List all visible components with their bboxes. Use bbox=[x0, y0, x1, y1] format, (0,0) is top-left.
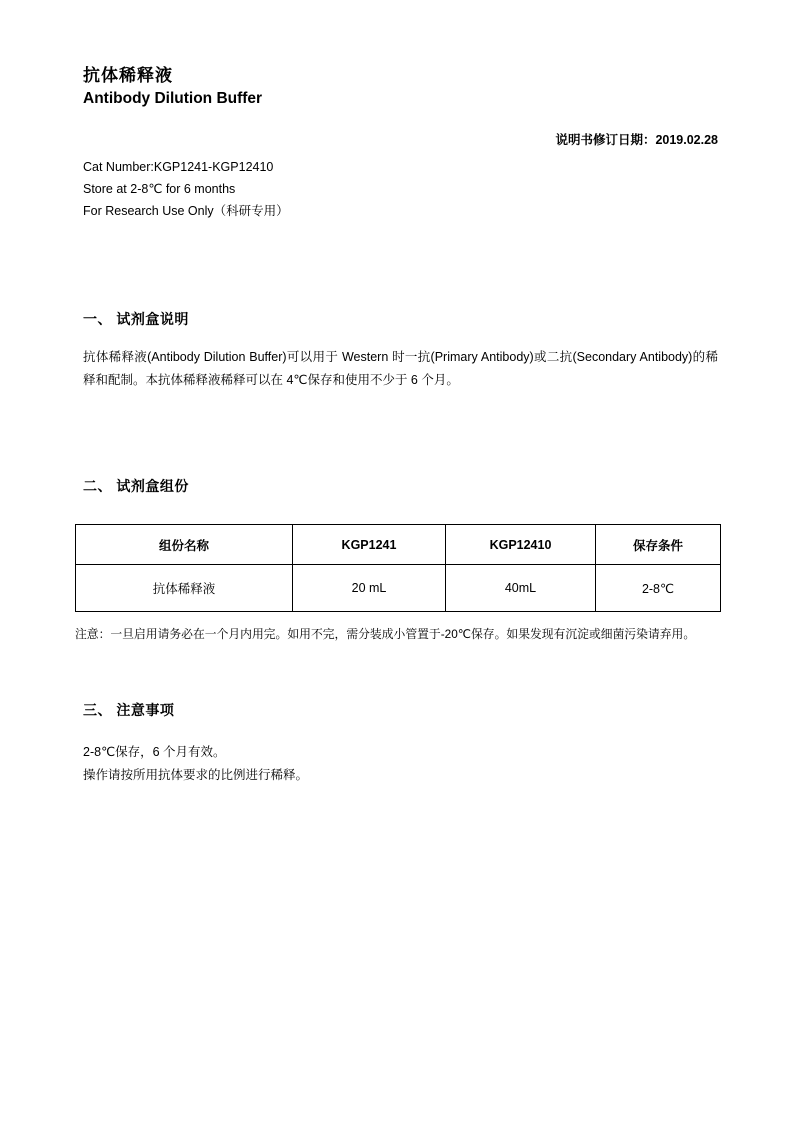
product-info-block: Cat Number:KGP1241-KGP12410 Store at 2-8… bbox=[83, 156, 718, 222]
table-header-kgp12410: KGP12410 bbox=[446, 525, 596, 565]
document-content: 抗体稀释液 Antibody Dilution Buffer 说明书修订日期：2… bbox=[83, 0, 718, 787]
document-title-chinese: 抗体稀释液 bbox=[83, 64, 718, 88]
table-row: 抗体稀释液 20 mL 40mL 2-8℃ bbox=[76, 565, 721, 612]
table-usage-note: 注意：一旦启用请务必在一个月内用完。如用不完，需分装成小管置于-20℃保存。如果… bbox=[75, 626, 718, 643]
table-header-component-name: 组份名称 bbox=[76, 525, 293, 565]
table-header-row: 组份名称 KGP1241 KGP12410 保存条件 bbox=[76, 525, 721, 565]
table-header-kgp1241: KGP1241 bbox=[293, 525, 446, 565]
section3-heading: 三、 注意事项 bbox=[83, 700, 718, 720]
section1-body-paragraph: 抗体稀释液(Antibody Dilution Buffer)可以用于 West… bbox=[83, 346, 718, 392]
table-cell-volume-kgp1241: 20 mL bbox=[293, 565, 446, 612]
dilution-ratio-note: 操作请按所用抗体要求的比例进行稀释。 bbox=[83, 764, 718, 787]
table-header-storage: 保存条件 bbox=[596, 525, 721, 565]
document-page: 抗体稀释液 Antibody Dilution Buffer 说明书修订日期：2… bbox=[0, 0, 794, 1123]
storage-condition: Store at 2-8℃ for 6 months bbox=[83, 178, 718, 200]
storage-validity-note: 2-8℃保存，6 个月有效。 bbox=[83, 741, 718, 764]
revision-date: 说明书修订日期：2019.02.28 bbox=[83, 131, 718, 149]
section2-heading: 二、 试剂盒组份 bbox=[83, 476, 718, 496]
section1-heading: 一、 试剂盒说明 bbox=[83, 309, 718, 329]
table-cell-component-name: 抗体稀释液 bbox=[76, 565, 293, 612]
section3-notes-block: 2-8℃保存，6 个月有效。 操作请按所用抗体要求的比例进行稀释。 bbox=[83, 741, 718, 787]
document-title-english: Antibody Dilution Buffer bbox=[83, 88, 718, 110]
table-cell-storage: 2-8℃ bbox=[596, 565, 721, 612]
research-use-note: For Research Use Only（科研专用） bbox=[83, 200, 718, 222]
table-cell-volume-kgp12410: 40mL bbox=[446, 565, 596, 612]
catalog-number: Cat Number:KGP1241-KGP12410 bbox=[83, 156, 718, 178]
kit-components-table: 组份名称 KGP1241 KGP12410 保存条件 抗体稀释液 20 mL 4… bbox=[75, 524, 721, 612]
